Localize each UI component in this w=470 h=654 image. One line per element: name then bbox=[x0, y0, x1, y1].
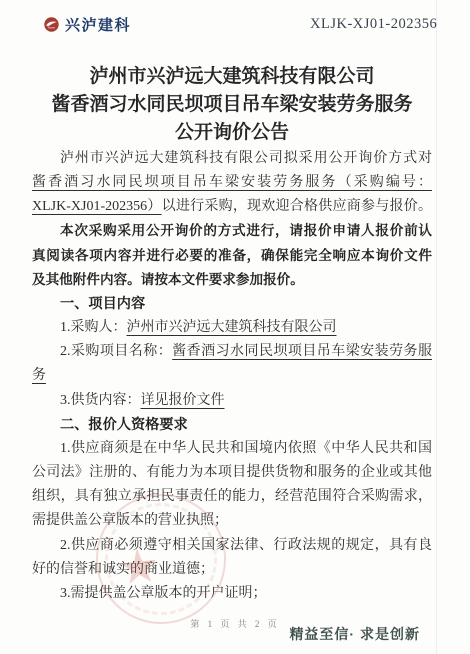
purchaser-label: 1.采购人： bbox=[60, 320, 127, 335]
intro-line-2: 酱香酒习水同民坝项目吊车梁安装劳务服务（采购编号： bbox=[32, 171, 432, 195]
page-edge-line bbox=[436, 0, 437, 654]
title-line-type: 公开询价公告 bbox=[32, 119, 432, 147]
section-2-heading: 二、报价人资格要求 bbox=[32, 413, 432, 437]
document-page: 兴泸建科 XLJK-XJ01-202356 泸州市兴泸远大建筑科技有限公司 酱香… bbox=[0, 0, 470, 654]
intro-line-3-rest: 以进行采购，现欢迎合格供应商参与报价。 bbox=[162, 199, 432, 214]
underlined-purchase-number: XLJK-XJ01-202356） bbox=[32, 199, 162, 214]
qualification-1-line-3: 组织，具有独立承担民事责任的能力，经营范围符合采购需求， bbox=[32, 485, 432, 509]
title-line-company: 泸州市兴泸远大建筑科技有限公司 bbox=[32, 63, 432, 91]
notice-line-3: 及其他附件内容。请按本文件要求参加报价。 bbox=[32, 268, 432, 292]
qualification-1-line-4: 需提供盖公章版本的营业执照； bbox=[32, 509, 432, 533]
company-logo: 兴泸建科 bbox=[44, 14, 131, 35]
logo-globe-icon bbox=[44, 17, 59, 32]
purchaser-line: 1.采购人：泸州市兴泸远大建筑科技有限公司 bbox=[32, 316, 432, 340]
qualification-2-line-1: 2.供应商必须遵守相关国家法律、行政法规的规定，具有良 bbox=[32, 534, 432, 558]
document-header: 兴泸建科 XLJK-XJ01-202356 bbox=[44, 13, 442, 37]
intro-line-3: XLJK-XJ01-202356）以进行采购，现欢迎合格供应商参与报价。 bbox=[32, 195, 432, 219]
project-name-label: 2.采购项目名称： bbox=[60, 344, 172, 359]
qualification-2-line-2: 好的信誉和诚实的商业道德； bbox=[32, 558, 432, 582]
title-line-project: 酱香酒习水同民坝项目吊车梁安装劳务服务 bbox=[32, 91, 432, 119]
supply-content-line: 3.供货内容：详见报价文件 bbox=[32, 389, 432, 413]
section-1-heading: 一、项目内容 bbox=[32, 292, 432, 316]
document-title: 泸州市兴泸远大建筑科技有限公司 酱香酒习水同民坝项目吊车梁安装劳务服务 公开询价… bbox=[32, 63, 432, 147]
document-number: XLJK-XJ01-202356 bbox=[310, 16, 437, 33]
project-name-line-2: 务 bbox=[32, 364, 432, 388]
document-body: 泸州市兴泸远大建筑科技有限公司拟采用公开询价方式对 酱香酒习水同民坝项目吊车梁安… bbox=[32, 147, 432, 606]
notice-line-1: 本次采购采用公开询价的方式进行，请报价申请人报价前认 bbox=[32, 219, 432, 243]
project-name-value-wrap: 务 bbox=[32, 368, 46, 383]
underlined-project-name: 酱香酒习水同民坝项目吊车梁安装劳务服务（采购编号： bbox=[32, 175, 432, 190]
logo-text: 兴泸建科 bbox=[65, 14, 131, 35]
intro-line-1: 泸州市兴泸远大建筑科技有限公司拟采用公开询价方式对 bbox=[32, 147, 432, 171]
notice-line-2: 真阅读各项内容并进行必要的准备，确保能完全响应本询价文件 bbox=[32, 244, 432, 268]
project-name-value: 酱香酒习水同民坝项目吊车梁安装劳务服 bbox=[172, 344, 432, 359]
supply-content-value: 详见报价文件 bbox=[141, 393, 225, 408]
purchaser-value: 泸州市兴泸远大建筑科技有限公司 bbox=[127, 320, 337, 335]
qualification-1-line-1: 1.供应商须是在中华人民共和国境内依照《中华人民共和国 bbox=[32, 437, 432, 461]
footer-slogan: 精益至信· 求是创新 bbox=[289, 624, 420, 644]
project-name-line-1: 2.采购项目名称：酱香酒习水同民坝项目吊车梁安装劳务服 bbox=[32, 340, 432, 364]
qualification-3-line: 3.需提供盖公章版本的开户证明； bbox=[32, 582, 432, 606]
qualification-1-line-2: 公司法》注册的、有能力为本项目提供货物和服务的企业或其他 bbox=[32, 461, 432, 485]
supply-content-label: 3.供货内容： bbox=[60, 393, 141, 408]
